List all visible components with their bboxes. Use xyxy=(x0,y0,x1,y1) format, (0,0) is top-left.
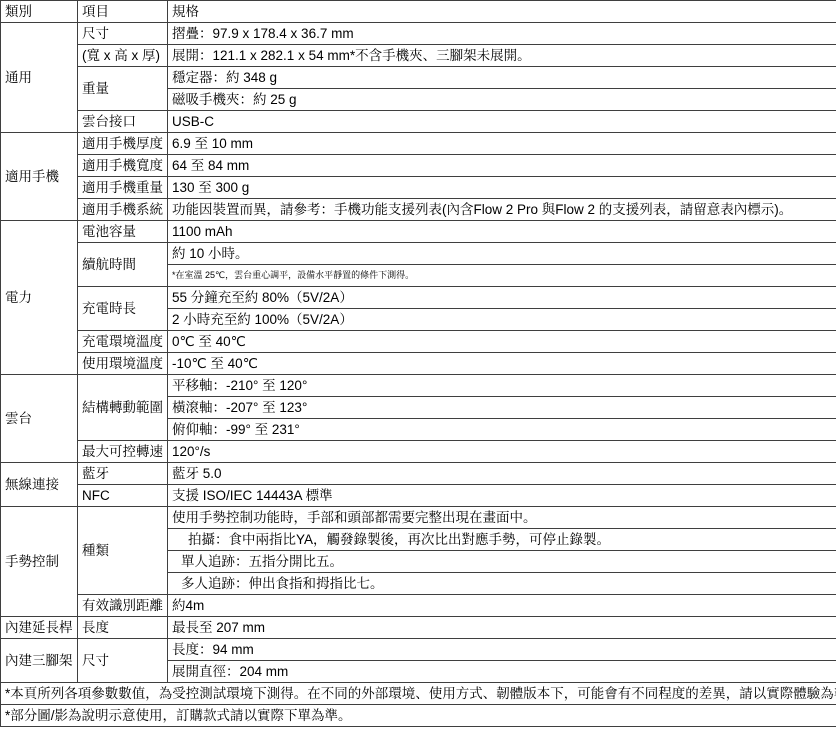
spec-cell: 約 10 小時。 xyxy=(168,243,836,265)
spec-cell: 功能因裝置而異，請參考：手機功能支援列表(內含Flow 2 Pro 與Flow … xyxy=(168,199,836,221)
footnote-row: *本頁所列各項參數數值，為受控測試環境下測得。在不同的外部環境、使用方式、韌體版… xyxy=(1,683,836,705)
item-cell: 適用手機厚度 xyxy=(78,133,168,155)
category-cell: 適用手機 xyxy=(1,133,78,221)
item-cell: 結構轉動範圍 xyxy=(78,375,168,441)
category-cell: 通用 xyxy=(1,23,78,133)
category-cell: 電力 xyxy=(1,221,78,375)
table-row: 適用手機 適用手機厚度 6.9 至 10 mm xyxy=(1,133,836,155)
item-cell: NFC xyxy=(78,485,168,507)
category-cell: 內建延長桿 xyxy=(1,617,78,639)
table-header-row: 類別 項目 規格 xyxy=(1,1,836,23)
header-spec: 規格 xyxy=(168,1,836,23)
item-cell: 電池容量 xyxy=(78,221,168,243)
spec-cell: 摺疊：97.9 x 178.4 x 36.7 mm xyxy=(168,23,836,45)
spec-cell: 約4m xyxy=(168,595,836,617)
spec-footnote-cell: *在室溫 25℃，雲台重心調平，設備水平靜置的條件下測得。 xyxy=(168,265,836,287)
table-row: 適用手機重量 130 至 300 g xyxy=(1,177,836,199)
category-cell: 手勢控制 xyxy=(1,507,78,617)
item-cell: 長度 xyxy=(78,617,168,639)
item-cell: 尺寸 xyxy=(78,639,168,683)
table-row: 適用手機寬度 64 至 84 mm xyxy=(1,155,836,177)
item-cell: (寬 x 高 x 厚) xyxy=(78,45,168,67)
table-row: 適用手機系統 功能因裝置而異，請參考：手機功能支援列表(內含Flow 2 Pro… xyxy=(1,199,836,221)
spec-cell: 拍攝：食中兩指比YA，觸發錄製後，再次比出對應手勢，可停止錄製。 xyxy=(168,529,836,551)
spec-cell: 磁吸手機夾：約 25 g xyxy=(168,89,836,111)
table-row: (寬 x 高 x 厚) 展開：121.1 x 282.1 x 54 mm*不含手… xyxy=(1,45,836,67)
spec-cell: USB-C xyxy=(168,111,836,133)
page-footnote: *部分圖/影為說明示意使用，訂購款式請以實際下單為準。 xyxy=(1,705,836,727)
spec-cell: 55 分鐘充至約 80%（5V/2A） xyxy=(168,287,836,309)
spec-cell: 130 至 300 g xyxy=(168,177,836,199)
item-cell: 最大可控轉速 xyxy=(78,441,168,463)
table-row: 通用 尺寸 摺疊：97.9 x 178.4 x 36.7 mm xyxy=(1,23,836,45)
table-row: 雲台接口 USB-C xyxy=(1,111,836,133)
spec-table: 類別 項目 規格 通用 尺寸 摺疊：97.9 x 178.4 x 36.7 mm… xyxy=(0,0,836,727)
spec-cell: 多人追跡：伸出食指和拇指比七。 xyxy=(168,573,836,595)
category-cell: 雲台 xyxy=(1,375,78,463)
footnote-row: *部分圖/影為說明示意使用，訂購款式請以實際下單為準。 xyxy=(1,705,836,727)
spec-cell: 1100 mAh xyxy=(168,221,836,243)
spec-cell: 使用手勢控制功能時，手部和頭部都需要完整出現在畫面中。 xyxy=(168,507,836,529)
spec-cell: 0℃ 至 40℃ xyxy=(168,331,836,353)
spec-cell: 120°/s xyxy=(168,441,836,463)
spec-cell: 2 小時充至約 100%（5V/2A） xyxy=(168,309,836,331)
item-cell: 雲台接口 xyxy=(78,111,168,133)
item-cell: 適用手機寬度 xyxy=(78,155,168,177)
spec-cell: 橫滾軸：-207° 至 123° xyxy=(168,397,836,419)
spec-cell: 單人追跡：五指分開比五。 xyxy=(168,551,836,573)
spec-cell: 展開直徑：204 mm xyxy=(168,661,836,683)
spec-cell: 6.9 至 10 mm xyxy=(168,133,836,155)
item-cell: 充電環境溫度 xyxy=(78,331,168,353)
spec-cell: -10℃ 至 40℃ xyxy=(168,353,836,375)
spec-cell: 俯仰軸：-99° 至 231° xyxy=(168,419,836,441)
category-cell: 無線連接 xyxy=(1,463,78,507)
table-row: 最大可控轉速 120°/s xyxy=(1,441,836,463)
item-cell: 重量 xyxy=(78,67,168,111)
spec-cell: 長度：94 mm xyxy=(168,639,836,661)
item-cell: 適用手機重量 xyxy=(78,177,168,199)
item-cell: 藍牙 xyxy=(78,463,168,485)
table-row: 無線連接 藍牙 藍牙 5.0 xyxy=(1,463,836,485)
category-cell: 內建三腳架 xyxy=(1,639,78,683)
page-footnote: *本頁所列各項參數數值，為受控測試環境下測得。在不同的外部環境、使用方式、韌體版… xyxy=(1,683,836,705)
header-category: 類別 xyxy=(1,1,78,23)
item-cell: 尺寸 xyxy=(78,23,168,45)
spec-cell: 64 至 84 mm xyxy=(168,155,836,177)
item-cell: 充電時長 xyxy=(78,287,168,331)
table-row: 充電環境溫度 0℃ 至 40℃ xyxy=(1,331,836,353)
item-cell: 續航時間 xyxy=(78,243,168,287)
spec-cell: 藍牙 5.0 xyxy=(168,463,836,485)
item-cell: 使用環境溫度 xyxy=(78,353,168,375)
spec-cell: 平移軸：-210° 至 120° xyxy=(168,375,836,397)
table-row: 雲台 結構轉動範圍 平移軸：-210° 至 120° xyxy=(1,375,836,397)
table-row: 續航時間 約 10 小時。 xyxy=(1,243,836,265)
table-row: 內建三腳架 尺寸 長度：94 mm xyxy=(1,639,836,661)
table-row: 內建延長桿 長度 最長至 207 mm xyxy=(1,617,836,639)
item-cell: 種類 xyxy=(78,507,168,595)
spec-cell: 展開：121.1 x 282.1 x 54 mm*不含手機夾、三腳架未展開。 xyxy=(168,45,836,67)
item-cell: 有效識別距離 xyxy=(78,595,168,617)
table-row: 有效識別距離 約4m xyxy=(1,595,836,617)
spec-cell: 穩定器：約 348 g xyxy=(168,67,836,89)
table-row: 手勢控制 種類 使用手勢控制功能時，手部和頭部都需要完整出現在畫面中。 xyxy=(1,507,836,529)
item-cell: 適用手機系統 xyxy=(78,199,168,221)
table-row: 使用環境溫度 -10℃ 至 40℃ xyxy=(1,353,836,375)
table-row: 充電時長 55 分鐘充至約 80%（5V/2A） xyxy=(1,287,836,309)
spec-cell: 支援 ISO/IEC 14443A 標準 xyxy=(168,485,836,507)
header-item: 項目 xyxy=(78,1,168,23)
spec-cell: 最長至 207 mm xyxy=(168,617,836,639)
table-row: 重量 穩定器：約 348 g xyxy=(1,67,836,89)
table-row: NFC 支援 ISO/IEC 14443A 標準 xyxy=(1,485,836,507)
table-row: 電力 電池容量 1100 mAh xyxy=(1,221,836,243)
